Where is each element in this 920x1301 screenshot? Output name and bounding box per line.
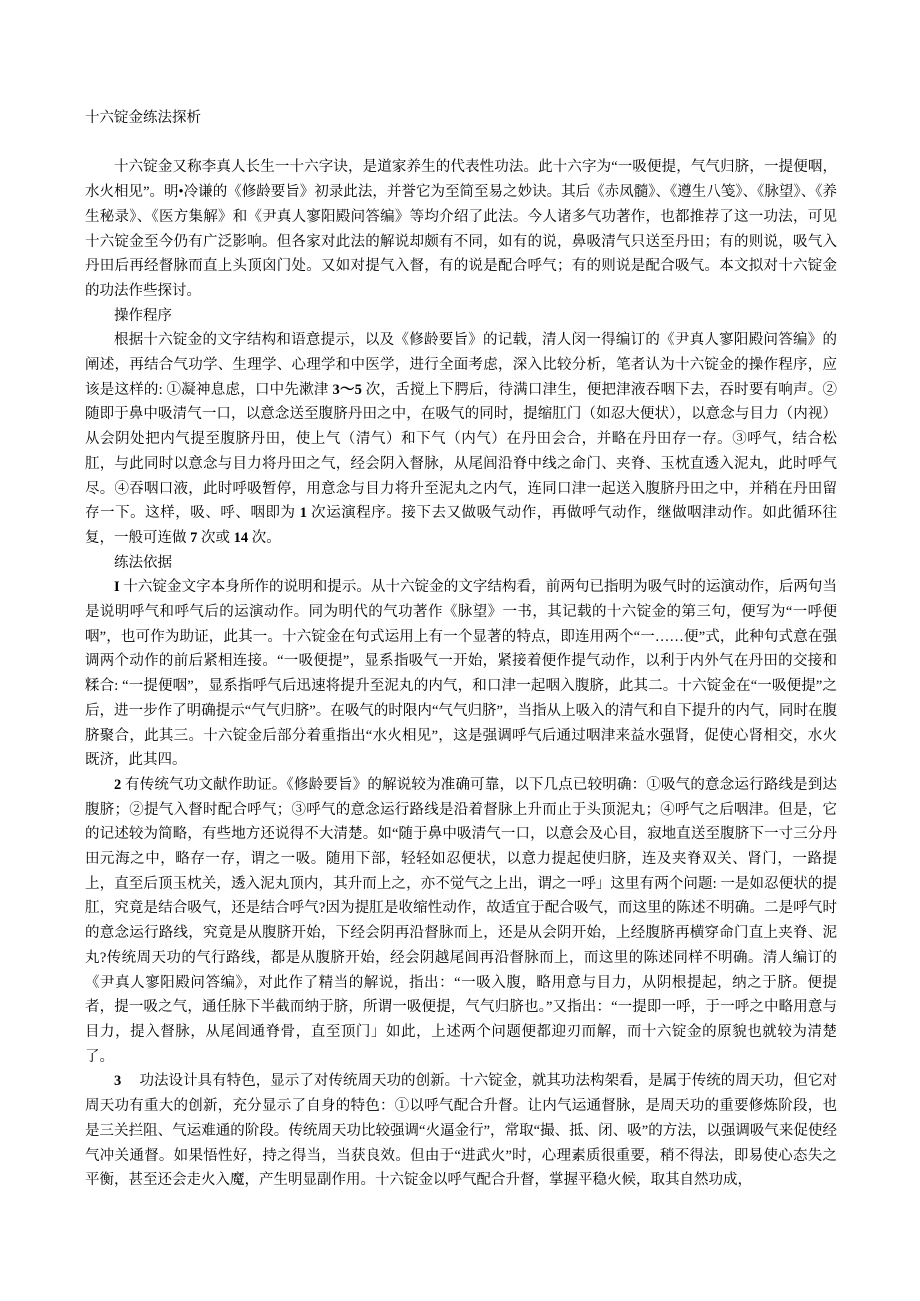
bold-number-run: 3～5 — [332, 382, 361, 398]
document-content: 十六锭金练法探析 十六锭金又称李真人长生一十六字诀，是道家养生的代表性功法。此十… — [85, 106, 837, 1193]
section-heading-practice-basis: 练法依据 — [85, 551, 837, 576]
text-run: 有传统气功文献作助证。《修龄要旨》的解说较为准确可靠，以下几点已较明确：①吸气的… — [85, 777, 837, 1065]
text-run: 次。 — [248, 530, 281, 546]
document-page: 十六锭金练法探析 十六锭金又称李真人长生一十六字诀，是道家养生的代表性功法。此十… — [0, 0, 920, 1301]
practice-basis-point3-paragraph: 3 功法设计具有特色，显示了对传统周天功的创新。十六锭金，就其功法构架看，是属于… — [85, 1069, 837, 1193]
text-run: 十六锭金文字本身所作的说明和提示。从十六锭金的文字结构看，前两句已指明为吸气时的… — [85, 579, 837, 768]
text-run: 次或 — [197, 530, 233, 546]
intro-paragraph: 十六锭金又称李真人长生一十六字诀，是道家养生的代表性功法。此十六字为“一吸便提，… — [85, 155, 837, 303]
practice-basis-point1-paragraph: I 十六锭金文字本身所作的说明和提示。从十六锭金的文字结构看，前两句已指明为吸气… — [85, 575, 837, 773]
text-run: 操作程序 — [114, 308, 172, 324]
bold-number-run: 1 — [300, 505, 307, 521]
bold-number-run: 14 — [234, 530, 249, 546]
text-run: 十六锭金又称李真人长生一十六字诀，是道家养生的代表性功法。此十六字为“一吸便提，… — [85, 159, 837, 299]
operation-procedure-paragraph: 根据十六锭金的文字结构和语意提示，以及《修龄要旨》的记载，清人闵一得编订的《尹真… — [85, 328, 837, 550]
section-heading-operation-procedure: 操作程序 — [85, 304, 837, 329]
document-body: 十六锭金又称李真人长生一十六字诀，是道家养生的代表性功法。此十六字为“一吸便提，… — [85, 155, 837, 1193]
practice-basis-point2-paragraph: 2 有传统气功文献作助证。《修龄要旨》的解说较为准确可靠，以下几点已较明确：①吸… — [85, 773, 837, 1069]
text-run: 次，舌搅上下腭后，待满口津生，便把津液吞咽下去，吞时要有响声。②随即于鼻中吸清气… — [85, 382, 837, 522]
text-run: 练法依据 — [114, 555, 172, 571]
text-run: 功法设计具有特色，显示了对传统周天功的创新。十六锭金，就其功法构架看，是属于传统… — [85, 1073, 837, 1188]
document-title: 十六锭金练法探析 — [85, 106, 837, 131]
